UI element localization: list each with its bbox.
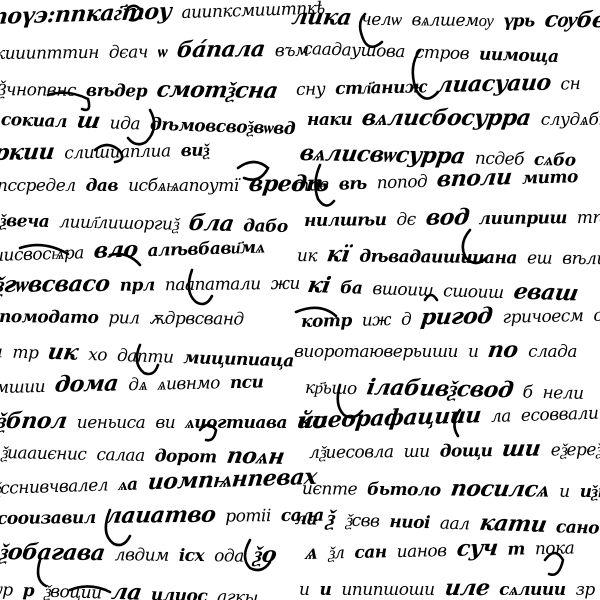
- handwritten-word: есоввали: [521, 406, 599, 425]
- handwritten-word: салаа: [96, 447, 145, 465]
- handwritten-word: иимоща: [479, 47, 559, 66]
- handwriting-line-left: ѯсснивчвалелѧаиомпѩнпевах: [0, 466, 327, 498]
- handwritten-word: тѣрм: [577, 210, 600, 228]
- handwritten-word: ода: [214, 548, 244, 565]
- handwritten-word: ба́пала: [176, 38, 267, 61]
- handwritten-word: кі: [306, 274, 332, 297]
- handwritten-word: миципиаца: [183, 350, 294, 370]
- handwritten-word: дома: [54, 372, 120, 395]
- handwritten-word: ѫдрвсванд: [149, 311, 243, 329]
- handwritten-word: еѯереѯ: [551, 442, 600, 460]
- handwriting-line-left: ѯвечалиил҃лишоргиѯбладабо: [0, 208, 298, 236]
- handwritten-word: бла: [187, 212, 235, 235]
- handwritten-word: ѯл: [328, 545, 345, 562]
- handwritten-word: р: [22, 583, 34, 600]
- handwriting-line-left: ѯбполиеньисавиѧиогтиавайо: [0, 410, 337, 432]
- handwritten-word: дав: [86, 178, 119, 195]
- handwritten-word: вѧлисбосурра: [361, 107, 533, 129]
- handwritten-word: дѣвадаишииана: [359, 249, 517, 268]
- handwritten-word: дѧ: [128, 377, 147, 394]
- handwritten-word: дє: [396, 212, 415, 229]
- handwritten-word: суч: [455, 537, 498, 560]
- handwritten-word: пока: [535, 540, 575, 558]
- handwritten-word: вѧлшемѹ: [411, 12, 493, 30]
- handwritten-word: стл҃аниж: [335, 79, 427, 98]
- handwritten-word: посилсѧ: [449, 478, 551, 501]
- handwritten-word: еваш: [512, 281, 580, 305]
- handwritten-word: и: [559, 484, 570, 501]
- handwritten-word: Ѯчнопвнс: [0, 82, 76, 100]
- handwritten-word: агкы: [217, 589, 258, 600]
- handwriting-line-right: лаѯѯсввниоіаалкатисано: [295, 506, 600, 538]
- handwritten-word: илиос: [151, 587, 208, 600]
- handwritten-word: дєач: [109, 44, 148, 61]
- handwritten-word: лвдим: [115, 547, 169, 565]
- handwritten-word: вѣли: [562, 251, 600, 268]
- handwritten-word: ба: [340, 280, 363, 298]
- handwriting-line-right: иккїдѣвадаишиианаешвѣли: [297, 243, 600, 268]
- handwritten-word: гричоесм: [502, 308, 583, 327]
- handwritten-word: аал: [440, 516, 470, 534]
- handwriting-line-right: тиевѣпоподвполимито: [293, 164, 588, 195]
- handwritten-word: мшии: [0, 379, 45, 397]
- handwritten-word: ш: [75, 109, 102, 132]
- handwriting-line-left: итрикходаптимиципиаца: [0, 339, 304, 371]
- handwritten-word: виѯ: [180, 142, 209, 160]
- handwritten-word: и: [0, 344, 3, 361]
- handwriting-line-left: помодаторилѫдрвсванд: [0, 309, 254, 329]
- handwritten-word: ѧиогтиава: [185, 415, 287, 432]
- handwritten-word: ида: [109, 115, 140, 133]
- handwritten-word: ианов: [397, 543, 447, 561]
- handwriting-line-left: уррѯвоциилаилиосагкы: [0, 577, 268, 600]
- handwritten-word: ипипшоши: [341, 582, 434, 599]
- handwriting-line-left: Ѯчнопвнсвѣдерсмотѯсна: [0, 77, 288, 102]
- handwritten-word: паапатали: [165, 276, 261, 294]
- handwritten-word: сѹбва: [543, 9, 600, 32]
- handwritten-word: вло: [93, 238, 139, 261]
- handwritten-word: дабо: [243, 218, 288, 236]
- handwriting-line-right: кібавшоишсшоишеваш: [308, 274, 588, 305]
- handwritten-word: еш: [527, 250, 552, 267]
- handwritten-word: ѯ: [326, 507, 338, 529]
- handwritten-word: лаиатво: [104, 504, 216, 527]
- handwritten-word: алѣвбави҃мѧ: [147, 239, 265, 260]
- handwritten-word: наки: [307, 112, 352, 129]
- handwritten-word: дощи: [440, 443, 493, 461]
- handwriting-line-left: мшиидомадѧѧивнмопси: [0, 369, 274, 397]
- handwritten-word: ур: [0, 582, 13, 600]
- handwritten-word: рил: [108, 310, 139, 327]
- handwritten-word: нилшѣи: [304, 212, 387, 230]
- handwriting-line-right: ииипипшошиилесѧлииизр: [299, 577, 600, 599]
- handwriting-line-right: лѯиесовлашидощишиеѯереѯ: [309, 437, 600, 462]
- handwriting-line-right: виоротаюверьишиипослада: [294, 339, 587, 361]
- handwritten-word: ши: [404, 444, 430, 461]
- handwritten-word: котр: [301, 313, 352, 331]
- handwritten-word: сокиал: [1, 112, 68, 131]
- handwritten-word: ригод: [420, 305, 494, 329]
- handwritten-word: вѧлисвѡсурра: [298, 142, 466, 167]
- handwriting-line-right: киеорафацииилаесоввали: [298, 400, 600, 432]
- handwriting-line-left: пссределдависбѧѩапоутївредѣ: [0, 173, 338, 195]
- handwriting-line-left: сокиалшидадѣмовсвоѯвѡвд: [1, 107, 306, 139]
- handwritten-word: стров: [415, 45, 470, 64]
- handwritten-word: поүэ:ппкаг҃тоу: [0, 0, 173, 28]
- handwritten-word: лика: [290, 6, 353, 29]
- handwriting-line-right: накивѧлисбосурраслудѧбѣ: [307, 107, 600, 129]
- handwritten-word: сѧлиии: [499, 582, 565, 599]
- handwriting-line-right: кр҃ьшоілабивѯсводбнели: [305, 375, 594, 403]
- handwritten-word: ла: [491, 408, 511, 426]
- handwritten-word: ісх: [179, 548, 205, 565]
- handwritten-word: лииприш: [479, 210, 567, 228]
- handwritten-word: ѯобагава: [0, 541, 106, 564]
- handwritten-word: хо: [88, 347, 107, 365]
- handwritten-word: вполи: [436, 166, 513, 190]
- handwriting-line-left: ѯиааиєниссалаадоротпоѧн: [1, 440, 294, 468]
- handwritten-word: ши: [501, 438, 542, 460]
- handwriting-line-right: ликачелѡвѧлшемѹүрьсѹбва: [292, 6, 600, 32]
- handwritten-word: киеорафациии: [297, 404, 482, 432]
- handwritten-word: прл: [120, 277, 155, 294]
- handwritten-word: сѧ: [593, 308, 600, 325]
- handwritten-word: сооизавил: [0, 510, 96, 528]
- handwriting-line-right: иєптебьтолопосилсѧииѯтпово: [302, 476, 600, 502]
- handwritten-word: ркии: [0, 141, 56, 164]
- handwritten-word: пссредел: [0, 178, 76, 195]
- handwritten-word: ѯбпол: [0, 410, 68, 432]
- handwritten-word: сшоиш: [443, 283, 504, 302]
- handwriting-line-left: сооизавиллаиатворотiiсала: [0, 502, 334, 528]
- handwritten-word: кати: [478, 512, 548, 536]
- handwritten-word: кї: [325, 243, 351, 265]
- handwritten-word: ѯиааиєнис: [1, 445, 87, 464]
- handwritten-word: вод: [424, 206, 470, 228]
- handwriting-line-left: ѯгѡвсвасопрлпаапаталижи: [0, 271, 310, 296]
- handwritten-word: вѣ: [338, 176, 367, 194]
- handwritten-word: т: [507, 541, 525, 558]
- handwritten-word: ілабивѯсвод: [365, 376, 514, 401]
- handwritten-word: иєпте: [302, 481, 357, 499]
- handwriting-line-right: котриждригодгричоесмсѧ: [301, 302, 600, 331]
- handwritten-word: сан: [354, 544, 387, 562]
- handwritten-word: д: [401, 312, 412, 329]
- handwritten-word: пси: [230, 374, 264, 392]
- handwriting-line-left: поүэ:ппкаг҃тоуаиипксмиштпкҍ: [0, 0, 335, 28]
- handwritten-word: ѧ: [305, 541, 320, 563]
- handwritten-word: иѯтпово: [580, 484, 600, 502]
- handwritten-word: по: [487, 339, 520, 361]
- handwritten-word: кр҃ьшо: [305, 380, 357, 398]
- handwritten-word: дѣмовсвоѯвѡвд: [150, 117, 296, 139]
- handwritten-word: ѯсснивчвалел: [0, 477, 108, 498]
- handwritten-word: сну: [296, 81, 325, 99]
- handwritten-word: ротii: [225, 508, 271, 525]
- handwritten-word: и: [468, 344, 478, 361]
- handwritten-word: ѯвеча: [0, 213, 49, 231]
- handwritten-word: и: [299, 582, 309, 599]
- handwritten-word: тие: [293, 177, 329, 195]
- handwritten-word: иомпѩнпевах: [146, 466, 317, 493]
- handwritten-word: челѡ: [361, 12, 401, 29]
- handwritten-word: тр: [12, 345, 39, 363]
- handwriting-line-left: кииипттиндєачѡба́палавъм: [0, 38, 319, 63]
- handwritten-word: ѯо: [252, 544, 278, 566]
- handwritten-word: ла: [110, 581, 143, 600]
- handwritten-word: ниоі: [389, 514, 430, 532]
- handwritten-word: смотѯсна: [155, 79, 279, 102]
- handwriting-line-right: саадаушовастровиимоща: [303, 41, 569, 66]
- handwritten-word: попод: [376, 174, 427, 193]
- handwritten-word: вѣдер: [86, 83, 147, 101]
- handwritten-word: ла: [295, 511, 318, 529]
- handwritten-word: кииипттин: [0, 45, 99, 63]
- handwritten-word: виоротаюверьиши: [294, 344, 458, 361]
- handwritten-word: ѯвоции: [44, 584, 102, 600]
- handwritten-word: саадаушова: [303, 41, 405, 61]
- handwritten-word: вшоиш: [372, 281, 433, 300]
- handwritten-word: иле: [443, 577, 491, 599]
- handwriting-line-right: ѧѯлсаниановсучтпока: [306, 535, 585, 563]
- handwriting-line-right: нилшѣидєводлииприштѣрм: [304, 204, 600, 230]
- handwritten-word: ѡ: [158, 44, 167, 61]
- handwritten-word: слишиаплиа: [64, 143, 171, 162]
- handwritten-word: б: [522, 385, 532, 402]
- handwritten-word: и: [319, 582, 331, 599]
- handwriting-line-left: ркиислишиаплиавиѯ: [0, 137, 219, 164]
- handwritten-word: нели: [542, 385, 583, 403]
- manuscript-texture: поүэ:ппкаг҃тоуаиипксмиштпкҍликачелѡвѧлше…: [0, 0, 600, 600]
- handwritten-word: үрь: [503, 13, 535, 30]
- handwritten-word: сн: [560, 76, 580, 93]
- handwritten-word: дорот: [155, 448, 217, 466]
- handwritten-word: ѧа: [118, 476, 138, 494]
- handwritten-word: слудѧбѣ: [541, 112, 600, 129]
- handwritten-word: исбѧѩапоутї: [128, 178, 239, 195]
- handwriting-line-left: ѯобагавалвдимісходаѯо: [0, 541, 286, 566]
- handwritten-word: бьтоло: [367, 482, 441, 500]
- handwritten-word: ѯгѡвсвасо: [0, 273, 111, 296]
- handwritten-word: слада: [528, 344, 577, 361]
- handwritten-word: помодато: [0, 309, 98, 327]
- handwritten-word: лиил҃лишоргиѯ: [59, 214, 179, 233]
- handwritten-word: ѧивнмо: [157, 375, 220, 393]
- handwritten-word: ик: [297, 248, 317, 265]
- handwriting-line-right: снустл҃анижлиасуаиосн: [296, 71, 591, 99]
- handwriting-line-left: иисвосѩравлоалѣвбави҃мѧ: [0, 234, 275, 265]
- handwritten-word: зр: [576, 582, 595, 599]
- handwritten-word: дапти: [117, 348, 174, 367]
- handwritten-word: ик: [47, 341, 81, 364]
- handwritten-word: иисвосѩра: [0, 245, 84, 265]
- handwritten-word: лиасуаио: [435, 72, 551, 96]
- handwritten-word: иеньиса: [77, 415, 146, 432]
- handwritten-word: мито: [522, 169, 578, 188]
- handwritten-word: лѯиесовла: [309, 444, 394, 462]
- handwritten-word: ви: [155, 415, 175, 432]
- handwritten-word: иж: [362, 312, 392, 330]
- handwritten-word: ѯсвв: [345, 513, 379, 531]
- handwritten-word: жи: [271, 276, 300, 293]
